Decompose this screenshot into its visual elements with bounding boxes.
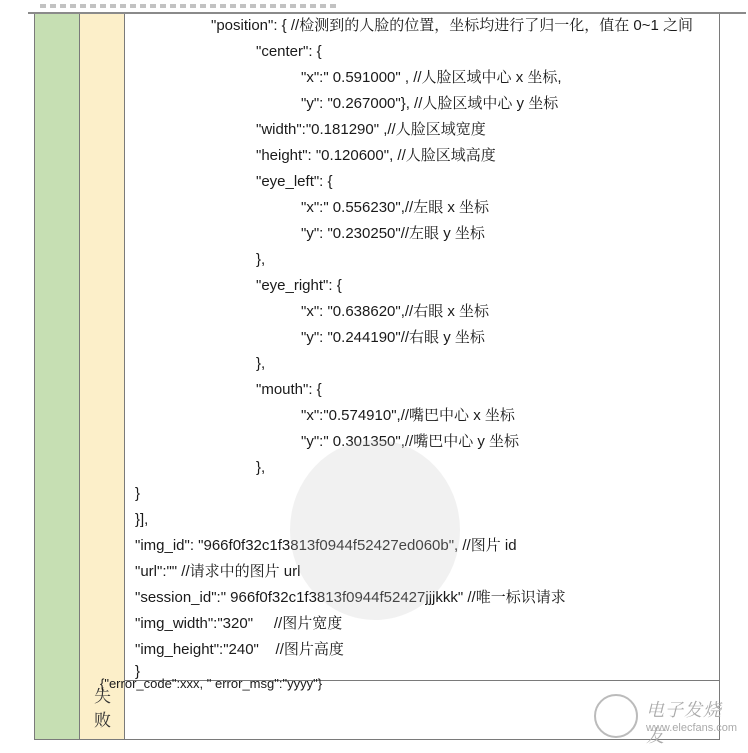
code-line: }], xyxy=(135,510,148,530)
fail-response-code: {"error_code":xxx, " error_msg":"yyyy"} xyxy=(100,676,322,691)
code-line: "center": { xyxy=(256,42,322,62)
code-line: }, xyxy=(256,458,265,478)
code-line: }, xyxy=(256,250,265,270)
code-line: "x":"0.574910",//嘴巴中心 x 坐标 xyxy=(301,406,515,426)
code-line: "eye_right": { xyxy=(256,276,342,296)
cropped-heading-remnant xyxy=(40,4,340,8)
watermark-logo-icon xyxy=(594,694,638,738)
code-line: "x":" 0.556230",//左眼 x 坐标 xyxy=(301,198,489,218)
code-line: "y": "0.230250"//左眼 y 坐标 xyxy=(301,224,485,244)
watermark-shape xyxy=(290,440,460,620)
elecfans-watermark: 电子发烧友 www.elecfans.com xyxy=(594,690,734,746)
code-line: "mouth": { xyxy=(256,380,322,400)
watermark-url: www.elecfans.com xyxy=(646,722,737,734)
code-line: }, xyxy=(256,354,265,374)
code-line: "y": "0.244190"//右眼 y 坐标 xyxy=(301,328,485,348)
code-line: "img_width":"320" //图片宽度 xyxy=(135,614,342,634)
table-column-status xyxy=(80,14,125,739)
code-line: } xyxy=(135,484,140,504)
code-line: "position": { //检测到的人脸的位置，坐标均进行了归一化，值在 0… xyxy=(211,16,693,36)
code-line: "y": "0.267000"}, //人脸区域中心 y 坐标 xyxy=(301,94,558,114)
code-line: "width":"0.181290" ,//人脸区域宽度 xyxy=(256,120,486,140)
code-line: "x": "0.638620",//右眼 x 坐标 xyxy=(301,302,489,322)
api-response-table: "position": { //检测到的人脸的位置，坐标均进行了归一化，值在 0… xyxy=(34,14,720,740)
code-line: "eye_left": { xyxy=(256,172,333,192)
code-line: "height": "0.120600", //人脸区域高度 xyxy=(256,146,496,166)
code-line: "url":"" //请求中的图片 url xyxy=(135,562,300,582)
code-line: "x":" 0.591000" , //人脸区域中心 x 坐标, xyxy=(301,68,562,88)
table-column-category xyxy=(35,14,80,739)
code-line: "img_height":"240" //图片高度 xyxy=(135,640,344,660)
